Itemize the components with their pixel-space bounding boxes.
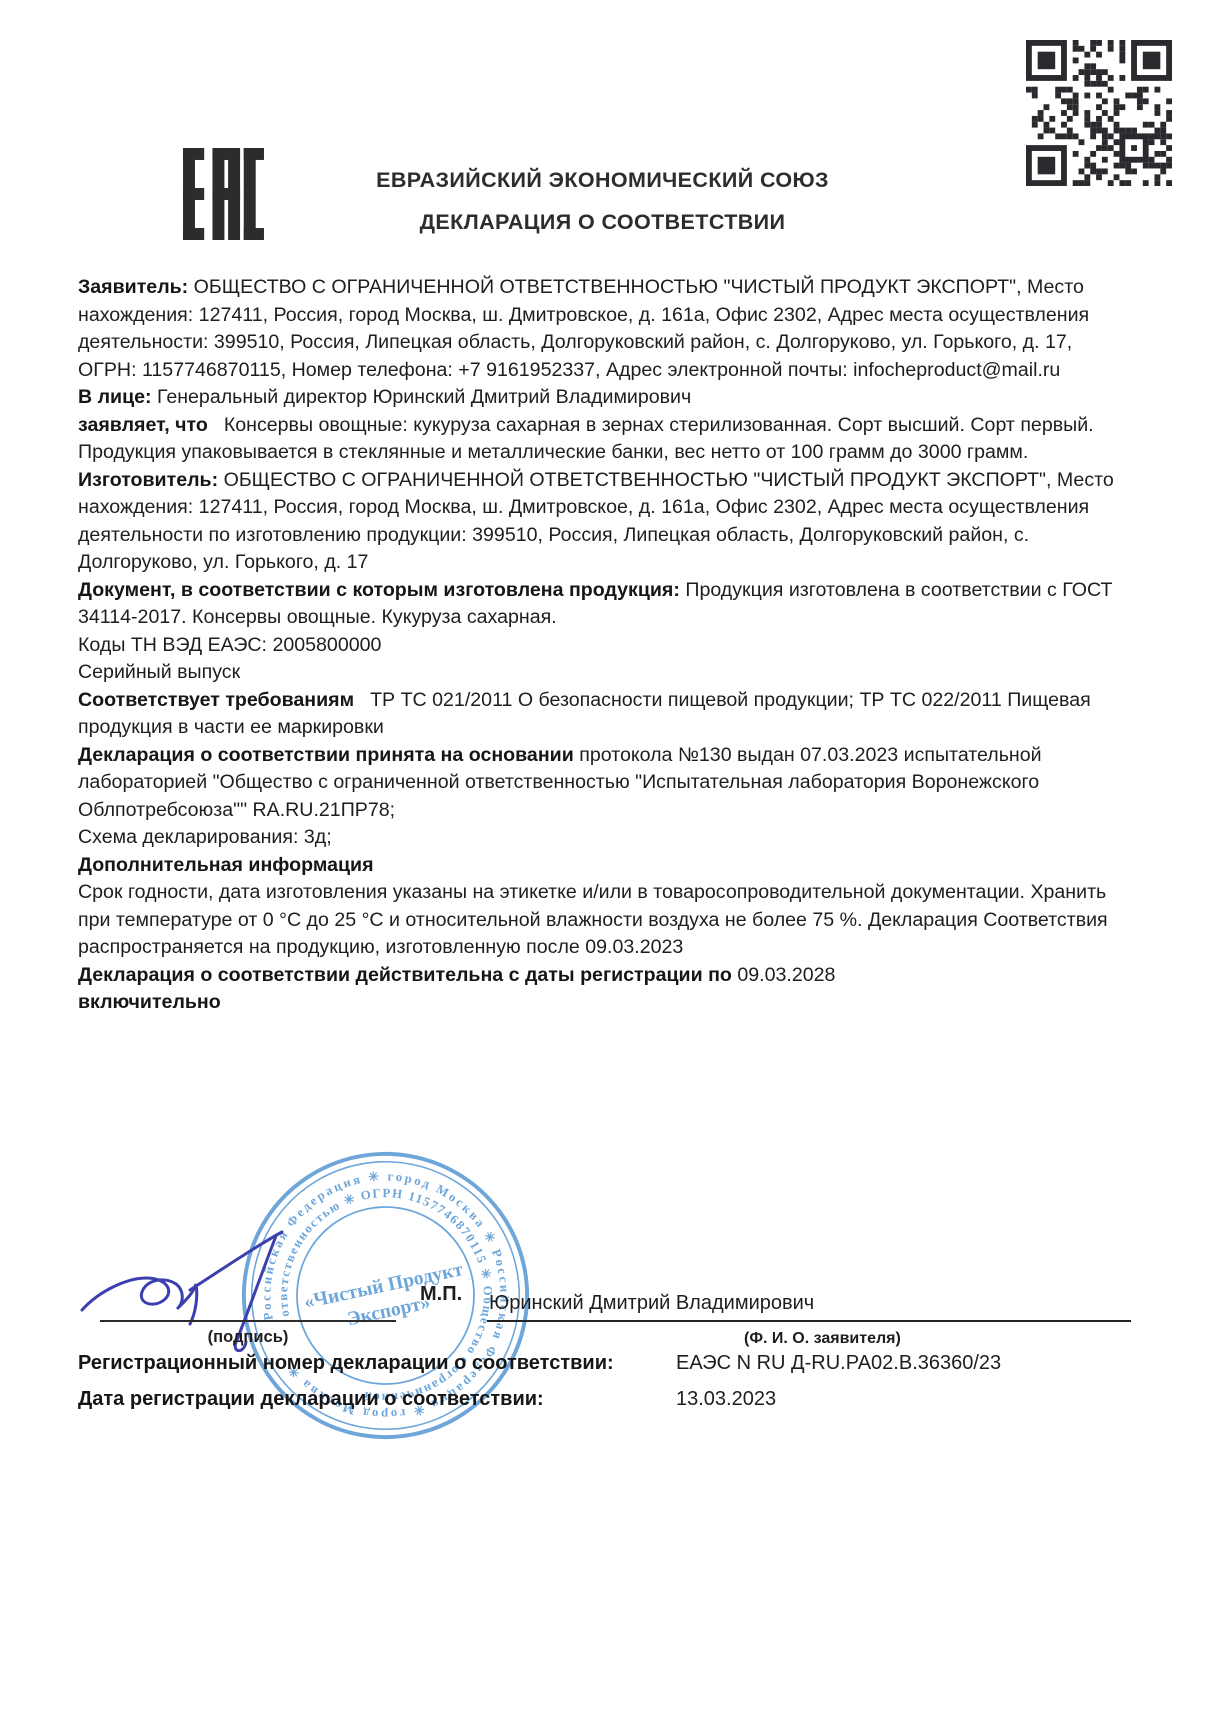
applicant-label: Заявитель: [78,276,188,298]
signature-line [100,1320,396,1322]
scheme-line: Схема декларирования: 3д; [78,824,1132,852]
acceptance-basis-paragraph: Декларация о соответствии принята на осн… [78,742,1132,825]
fio-line [487,1320,1131,1322]
declares-label: заявляет, что [78,414,208,436]
manufacturer-label: Изготовитель: [78,469,218,491]
additional-info-title: Дополнительная информация [78,852,1132,880]
registration-date-value: 13.03.2023 [676,1388,776,1411]
validity-suffix: включительно [78,991,221,1013]
validity-date: 09.03.2028 [737,964,835,986]
declaration-document-page: ЕВРАЗИЙСКИЙ ЭКОНОМИЧЕСКИЙ СОЮЗ ДЕКЛАРАЦИ… [0,0,1205,1718]
acceptance-basis-label: Декларация о соответствии принята на осн… [78,744,574,766]
fio-caption: (Ф. И. О. заявителя) [744,1330,901,1348]
applicant-text: ОБЩЕСТВО С ОГРАНИЧЕННОЙ ОТВЕТСТВЕННОСТЬЮ… [78,276,1089,381]
validity-label: Декларация о соответствии действительна … [78,964,732,986]
registration-number-row: Регистрационный номер декларации о соотв… [78,1352,1132,1375]
document-header: ЕВРАЗИЙСКИЙ ЭКОНОМИЧЕСКИЙ СОЮЗ ДЕКЛАРАЦИ… [0,168,1205,235]
registration-date-label: Дата регистрации декларации о соответств… [78,1388,676,1411]
registration-date-row: Дата регистрации декларации о соответств… [78,1388,1132,1411]
qr-code-image [1026,40,1172,186]
requirements-paragraph: Соответствует требованиямТР ТС 021/2011 … [78,687,1132,742]
declaration-body: Заявитель: ОБЩЕСТВО С ОГРАНИЧЕННОЙ ОТВЕТ… [78,274,1132,1017]
representative-label: В лице: [78,386,152,408]
registration-number-value: ЕАЭС N RU Д-RU.РА02.В.36360/23 [676,1352,1001,1375]
declares-text: Консервы овощные: кукуруза сахарная в зе… [78,414,1094,464]
registration-number-label: Регистрационный номер декларации о соотв… [78,1352,676,1375]
registration-block: Регистрационный номер декларации о соотв… [78,1352,1132,1411]
manufacturer-text: ОБЩЕСТВО С ОГРАНИЧЕННОЙ ОТВЕТСТВЕННОСТЬЮ… [78,469,1114,574]
signature-caption: (подпись) [143,1328,353,1347]
serial-line: Серийный выпуск [78,659,1132,687]
document-basis-paragraph: Документ, в соответствии с которым изгот… [78,577,1132,632]
manufacturer-paragraph: Изготовитель: ОБЩЕСТВО С ОГРАНИЧЕННОЙ ОТ… [78,467,1132,577]
stamp-place-label: М.П. [420,1283,462,1306]
requirements-label: Соответствует требованиям [78,689,354,711]
validity-paragraph: Декларация о соответствии действительна … [78,962,1132,1017]
representative-paragraph: В лице: Генеральный директор Юринский Дм… [78,384,1132,412]
declares-paragraph: заявляет, чтоКонсервы овощные: кукуруза … [78,412,1132,467]
applicant-paragraph: Заявитель: ОБЩЕСТВО С ОГРАНИЧЕННОЙ ОТВЕТ… [78,274,1132,384]
declaration-title: ДЕКЛАРАЦИЯ О СООТВЕТСТВИИ [0,210,1205,235]
applicant-fio: Юринский Дмитрий Владимирович [489,1292,814,1315]
document-basis-label: Документ, в соответствии с которым изгот… [78,579,680,601]
additional-info-text: Срок годности, дата изготовления указаны… [78,879,1132,962]
representative-text: Генеральный директор Юринский Дмитрий Вл… [157,386,691,408]
tnved-codes-line: Коды ТН ВЭД ЕАЭС: 2005800000 [78,632,1132,660]
union-title: ЕВРАЗИЙСКИЙ ЭКОНОМИЧЕСКИЙ СОЮЗ [0,168,1205,193]
